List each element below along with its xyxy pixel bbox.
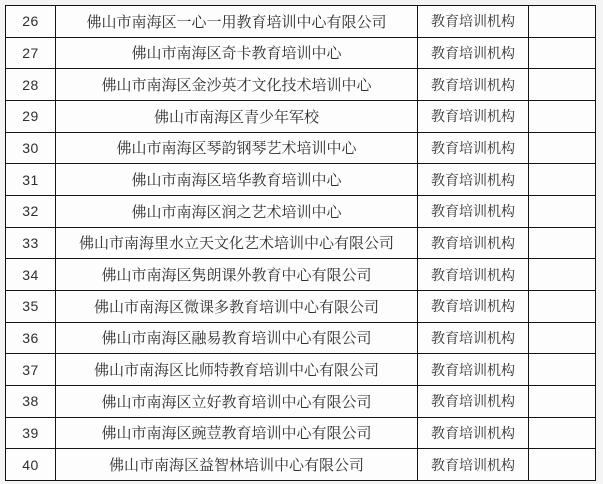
org-name: 佛山市南海区培华教育培训中心 <box>56 164 418 196</box>
note-cell <box>529 290 596 322</box>
table-row: 28 佛山市南海区金沙英才文化技术培训中心 教育培训机构 <box>6 69 596 101</box>
row-number: 34 <box>6 259 56 291</box>
org-name: 佛山市南海区奇卡教育培训中心 <box>56 37 418 69</box>
org-type: 教育培训机构 <box>418 290 529 322</box>
row-number: 33 <box>6 227 56 259</box>
org-type: 教育培训机构 <box>418 6 529 38</box>
table-row: 30 佛山市南海区琴韵钢琴艺术培训中心 教育培训机构 <box>6 132 596 164</box>
table-row: 31 佛山市南海区培华教育培训中心 教育培训机构 <box>6 164 596 196</box>
org-name: 佛山市南海区立好教育培训中心有限公司 <box>56 385 418 417</box>
table-row: 33 佛山市南海里水立天文化艺术培训中心有限公司 教育培训机构 <box>6 227 596 259</box>
org-type: 教育培训机构 <box>418 449 529 481</box>
table-row: 39 佛山市南海区豌荳教育培训中心有限公司 教育培训机构 <box>6 417 596 449</box>
org-name: 佛山市南海区微课多教育培训中心有限公司 <box>56 290 418 322</box>
org-type: 教育培训机构 <box>418 69 529 101</box>
table-row: 34 佛山市南海区隽朗课外教育中心有限公司 教育培训机构 <box>6 259 596 291</box>
org-type: 教育培训机构 <box>418 322 529 354</box>
note-cell <box>529 69 596 101</box>
org-name: 佛山市南海区琴韵钢琴艺术培训中心 <box>56 132 418 164</box>
note-cell <box>529 227 596 259</box>
row-number: 31 <box>6 164 56 196</box>
org-type: 教育培训机构 <box>418 417 529 449</box>
document-page: 26 佛山市南海区一心一用教育培训中心有限公司 教育培训机构 27 佛山市南海区… <box>0 0 603 484</box>
org-name: 佛山市南海区益智林培训中心有限公司 <box>56 449 418 481</box>
note-cell <box>529 164 596 196</box>
table-row: 29 佛山市南海区青少年军校 教育培训机构 <box>6 100 596 132</box>
org-type: 教育培训机构 <box>418 164 529 196</box>
note-cell <box>529 132 596 164</box>
note-cell <box>529 37 596 69</box>
org-name: 佛山市南海区金沙英才文化技术培训中心 <box>56 69 418 101</box>
row-number: 38 <box>6 385 56 417</box>
row-number: 39 <box>6 417 56 449</box>
org-type: 教育培训机构 <box>418 385 529 417</box>
note-cell <box>529 6 596 38</box>
row-number: 35 <box>6 290 56 322</box>
row-number: 36 <box>6 322 56 354</box>
table-row: 35 佛山市南海区微课多教育培训中心有限公司 教育培训机构 <box>6 290 596 322</box>
org-name: 佛山市南海区比师特教育培训中心有限公司 <box>56 354 418 386</box>
org-name: 佛山市南海区青少年军校 <box>56 100 418 132</box>
table-row: 26 佛山市南海区一心一用教育培训中心有限公司 教育培训机构 <box>6 6 596 38</box>
note-cell <box>529 100 596 132</box>
org-name: 佛山市南海里水立天文化艺术培训中心有限公司 <box>56 227 418 259</box>
row-number: 28 <box>6 69 56 101</box>
note-cell <box>529 259 596 291</box>
row-number: 37 <box>6 354 56 386</box>
org-type: 教育培训机构 <box>418 100 529 132</box>
row-number: 30 <box>6 132 56 164</box>
org-name: 佛山市南海区隽朗课外教育中心有限公司 <box>56 259 418 291</box>
row-number: 29 <box>6 100 56 132</box>
table-row: 27 佛山市南海区奇卡教育培训中心 教育培训机构 <box>6 37 596 69</box>
note-cell <box>529 322 596 354</box>
org-name: 佛山市南海区润之艺术培训中心 <box>56 195 418 227</box>
row-number: 26 <box>6 6 56 38</box>
row-number: 32 <box>6 195 56 227</box>
org-name: 佛山市南海区融易教育培训中心有限公司 <box>56 322 418 354</box>
org-type: 教育培训机构 <box>418 37 529 69</box>
org-type: 教育培训机构 <box>418 354 529 386</box>
note-cell <box>529 417 596 449</box>
note-cell <box>529 354 596 386</box>
org-type: 教育培训机构 <box>418 132 529 164</box>
table-row: 40 佛山市南海区益智林培训中心有限公司 教育培训机构 <box>6 449 596 481</box>
table-row: 37 佛山市南海区比师特教育培训中心有限公司 教育培训机构 <box>6 354 596 386</box>
table-row: 32 佛山市南海区润之艺术培训中心 教育培训机构 <box>6 195 596 227</box>
table-row: 36 佛山市南海区融易教育培训中心有限公司 教育培训机构 <box>6 322 596 354</box>
note-cell <box>529 449 596 481</box>
table-row: 38 佛山市南海区立好教育培训中心有限公司 教育培训机构 <box>6 385 596 417</box>
institutions-table: 26 佛山市南海区一心一用教育培训中心有限公司 教育培训机构 27 佛山市南海区… <box>5 5 596 481</box>
org-name: 佛山市南海区一心一用教育培训中心有限公司 <box>56 6 418 38</box>
org-type: 教育培训机构 <box>418 259 529 291</box>
row-number: 40 <box>6 449 56 481</box>
row-number: 27 <box>6 37 56 69</box>
note-cell <box>529 385 596 417</box>
org-name: 佛山市南海区豌荳教育培训中心有限公司 <box>56 417 418 449</box>
org-type: 教育培训机构 <box>418 195 529 227</box>
note-cell <box>529 195 596 227</box>
org-type: 教育培训机构 <box>418 227 529 259</box>
